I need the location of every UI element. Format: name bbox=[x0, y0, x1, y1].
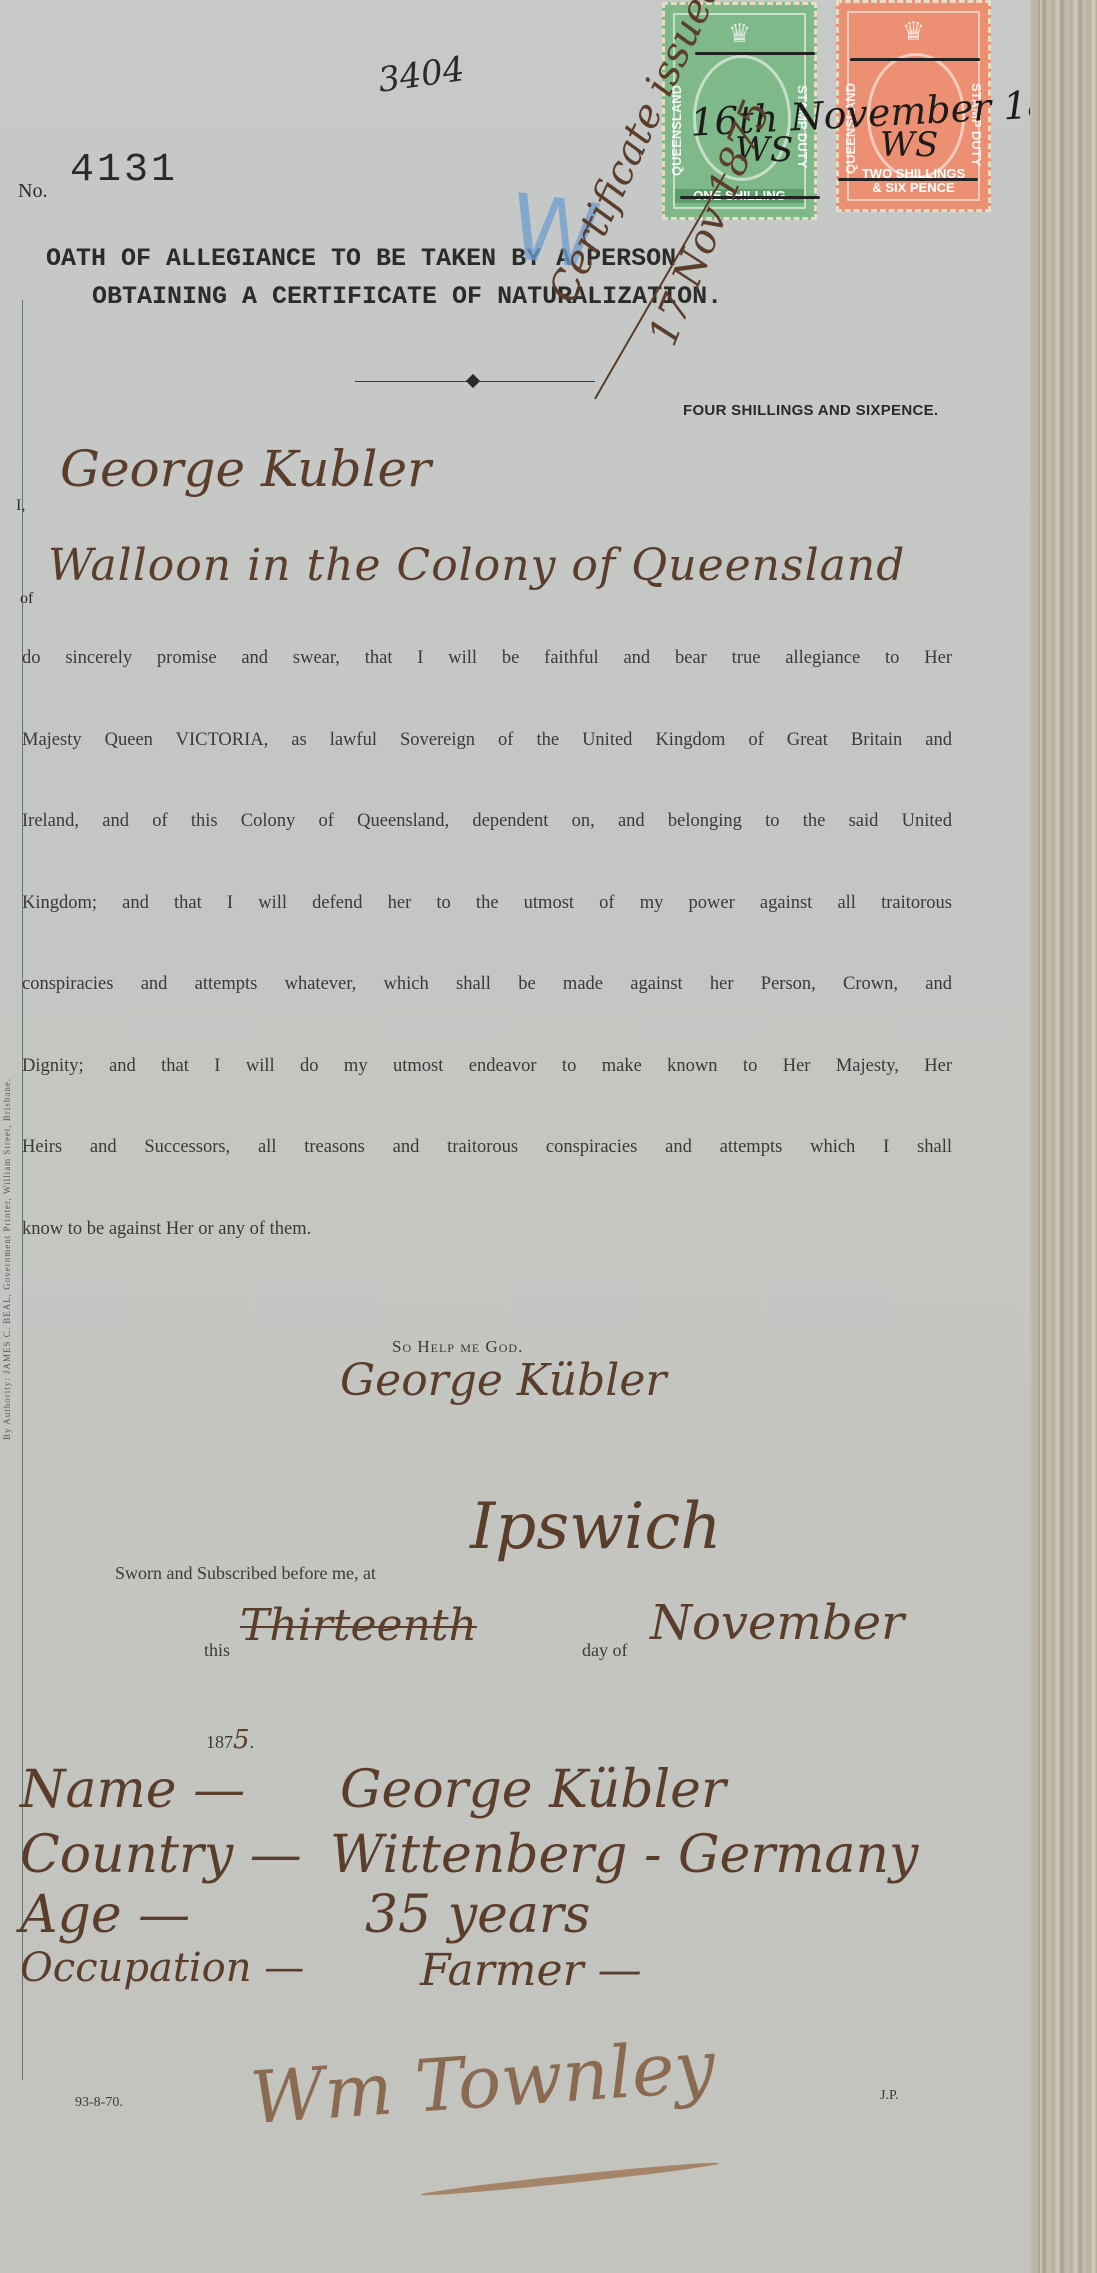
year-printed: 187 bbox=[206, 1732, 233, 1752]
oath-line: Majesty Queen VICTORIA, as lawful Sovere… bbox=[22, 710, 952, 792]
sworn-place: Ipswich bbox=[470, 1490, 721, 1564]
book-page-edges bbox=[1030, 0, 1097, 2273]
record-key: Occupation — bbox=[20, 1945, 304, 1991]
day-of-label: day of bbox=[582, 1640, 627, 1661]
oath-line: Dignity; and that I will do my utmost en… bbox=[22, 1036, 952, 1118]
year-handwritten: 5 bbox=[233, 1725, 250, 1755]
applicant-residence: Walloon in the Colony of Queensland bbox=[48, 540, 905, 591]
page-edge-line bbox=[1038, 0, 1040, 2273]
record-value: 35 years bbox=[365, 1885, 590, 1945]
cancel-stroke bbox=[695, 52, 815, 55]
record-key: Country — bbox=[20, 1825, 302, 1885]
stamp-value: TWO SHILLINGS & SIX PENCE bbox=[849, 167, 978, 195]
sworn-day: Thirteenth bbox=[240, 1600, 477, 1651]
page-edge-line bbox=[1080, 0, 1082, 2273]
jp-label: J.P. bbox=[880, 2088, 899, 2104]
i-label: I, bbox=[16, 497, 25, 515]
oath-line: Heirs and Successors, all treasons and t… bbox=[22, 1117, 952, 1199]
oath-text: do sincerely promise and swear, that I w… bbox=[22, 628, 952, 1280]
sworn-month: November bbox=[650, 1595, 904, 1651]
form-number-label: No. bbox=[18, 180, 47, 203]
signature-flourish bbox=[420, 2159, 719, 2198]
record-value: Wittenberg - Germany bbox=[330, 1825, 918, 1885]
oath-line: Ireland, and of this Colony of Queenslan… bbox=[22, 791, 952, 873]
oath-line: Kingdom; and that I will defend her to t… bbox=[22, 873, 952, 955]
title-line-2: OBTAINING A CERTIFICATE OF NATURALIZATIO… bbox=[46, 278, 946, 316]
oath-line: do sincerely promise and swear, that I w… bbox=[22, 628, 952, 710]
title-line-1: OATH OF ALLEGIANCE TO BE TAKEN BY A PERS… bbox=[46, 240, 946, 278]
diamond-icon bbox=[466, 374, 480, 388]
fee-notice: FOUR SHILLINGS AND SIXPENCE. bbox=[683, 402, 938, 419]
this-label: this bbox=[204, 1640, 230, 1661]
stamp-value-line2: & SIX PENCE bbox=[849, 181, 978, 195]
page-edge-line bbox=[1060, 0, 1062, 2273]
record-key: Age — bbox=[20, 1885, 190, 1945]
applicant-name: George Kubler bbox=[60, 440, 431, 498]
form-code: 93-8-70. bbox=[75, 2095, 123, 2111]
ornament-divider bbox=[355, 376, 595, 388]
record-key: Name — bbox=[20, 1760, 245, 1820]
oath-line: know to be against Her or any of them. bbox=[22, 1199, 952, 1281]
oath-closing: So Help me God. bbox=[392, 1337, 523, 1357]
crown-icon: ♛ bbox=[839, 17, 988, 47]
printer-imprint: By Authority: JAMES C. BEAL, Government … bbox=[2, 1078, 12, 1440]
applicant-signature: George Kübler bbox=[340, 1355, 666, 1406]
record-value: George Kübler bbox=[340, 1760, 726, 1820]
record-value: Farmer — bbox=[420, 1945, 642, 1996]
oath-line: conspiracies and attempts whatever, whic… bbox=[22, 954, 952, 1036]
stamp-cancellation-initials: WS bbox=[880, 125, 938, 165]
handwritten-reference-number: 3404 bbox=[376, 49, 467, 101]
form-number: 4131 bbox=[70, 148, 178, 193]
document-page: By Authority: JAMES C. BEAL, Government … bbox=[0, 0, 1030, 2273]
cancel-stroke bbox=[850, 58, 980, 61]
justice-of-peace-signature: Wm Townley bbox=[248, 2024, 718, 2140]
cancel-stroke bbox=[838, 178, 978, 181]
sworn-label: Sworn and Subscribed before me, at bbox=[115, 1563, 376, 1584]
document-title: OATH OF ALLEGIANCE TO BE TAKEN BY A PERS… bbox=[46, 240, 946, 316]
of-label: of bbox=[20, 590, 33, 608]
sworn-year: 1875. bbox=[206, 1725, 254, 1755]
